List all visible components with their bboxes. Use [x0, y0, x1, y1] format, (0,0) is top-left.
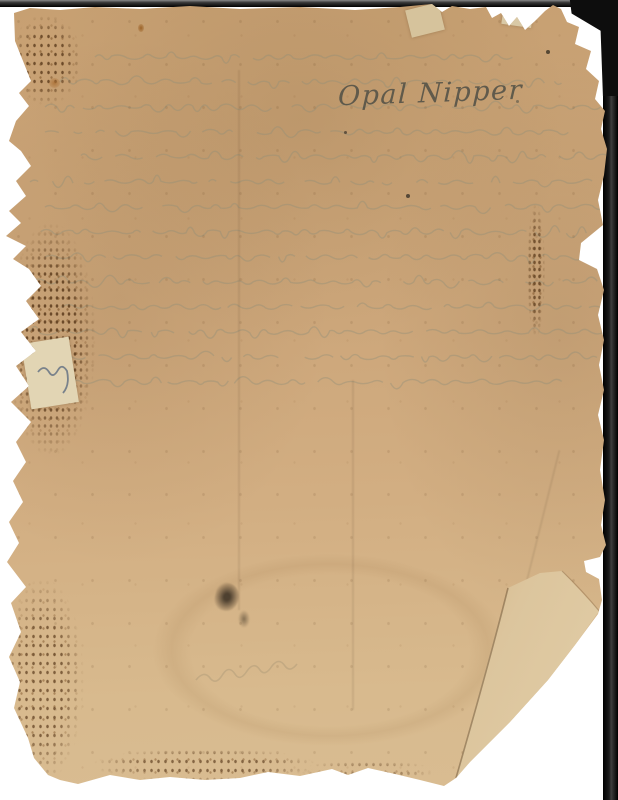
tape-fragment [405, 2, 445, 37]
ink-dot [516, 100, 519, 103]
ink-speck [546, 50, 550, 54]
foxing-speckles-left-upper [6, 222, 96, 457]
ink-speck [406, 194, 410, 198]
foxing-speckles-right-streak [527, 203, 545, 338]
rust-stain [138, 24, 144, 32]
scanned-page: Opal Nipper [0, 0, 618, 800]
ink-smudge [212, 580, 242, 613]
foxing-speckles-bottom-mid [300, 760, 435, 782]
foxing-speckles-left-lower [2, 578, 84, 783]
paper-scrap-with-writing [21, 337, 79, 410]
ink-smudge [238, 610, 250, 628]
paper-sheet: Opal Nipper [0, 0, 618, 800]
scanner-edge-top [0, 0, 618, 7]
fold-crease [238, 70, 240, 610]
fold-crease [352, 380, 354, 710]
rust-stain [49, 78, 60, 88]
foxing-speckles-top-left [10, 14, 82, 106]
ink-speck [344, 131, 347, 134]
scanner-edge-right [603, 0, 618, 800]
folded-corner-flap [440, 565, 610, 790]
handwritten-inscription: Opal Nipper [338, 75, 524, 113]
foxing-speckles-bottom [92, 748, 317, 782]
